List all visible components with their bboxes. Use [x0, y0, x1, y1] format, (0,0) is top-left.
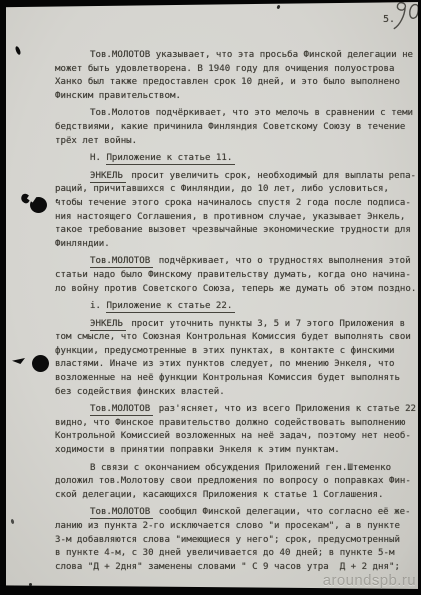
ink-blot	[32, 355, 49, 372]
text-line: ЭНКЕЛЬ просит уточнить пункты 3, 5 и 7 э…	[55, 318, 413, 332]
text-line: Финским правительством.	[55, 90, 413, 104]
text-line: Ханко был также предоставлен срок 10 дне…	[55, 76, 413, 90]
text-line: ходимости в принятии поправки Энкеля к э…	[55, 444, 413, 458]
ink-speck	[29, 583, 32, 586]
section-heading: і. Приложение к статье 22.	[55, 300, 413, 314]
paragraph: Тов.МОЛОТОВ указывает, что эта просьба Ф…	[55, 49, 413, 103]
speaker-name: ЭНКЕЛЬ	[90, 319, 126, 331]
speaker-name: Тов.МОЛОТОВ	[90, 507, 153, 519]
document-body: Тов.МОЛОТОВ указывает, что эта просьба Ф…	[55, 49, 413, 574]
paragraph: В связи с окончанием обсуждения Приложен…	[55, 462, 413, 503]
text-line: ния настоящего Соглашения, в противном с…	[55, 211, 413, 225]
ink-speck	[56, 199, 58, 201]
text-line: трёх лет войны.	[55, 135, 413, 149]
text-line: бедствиями, какие причинила Финляндия Со…	[55, 121, 413, 135]
text-line: видно, что Финское правительство должно …	[55, 417, 413, 431]
ink-blot	[12, 358, 25, 364]
text-line: Тов.МОЛОТОВ подчёркивает, что о трудност…	[55, 255, 413, 269]
text-line: В связи с окончанием обсуждения Приложен…	[55, 462, 413, 476]
text-line: ской делегации, касающихся Приложения к …	[55, 489, 413, 503]
handwritten-digits-icon	[391, 0, 421, 34]
text-line: может быть удовлетворена. В 1940 году дл…	[55, 63, 413, 77]
scan-edge-left	[0, 0, 6, 595]
text-line: статьи надо было Финскому правительству …	[55, 269, 413, 283]
text-line: доложил тов.Молотову свои предложения по…	[55, 475, 413, 489]
paragraph: ЭНКЕЛЬ просит увеличить срок, необходимы…	[55, 170, 413, 252]
speaker-name: Тов.МОЛОТОВ	[90, 404, 153, 416]
speaker-name: Тов.Молотов	[90, 108, 150, 118]
text-line: чтобы течение этого срока начиналось спу…	[55, 197, 413, 211]
text-line: Тов.МОЛОТОВ сообщил Финской делегации, ч…	[55, 506, 413, 520]
scan-edge-top	[0, 0, 421, 9]
text-line: функции, предусмотренные в этих пунктах,…	[55, 345, 413, 359]
text-line: в пункте 4-м, с 30 дней увеличивается до…	[55, 547, 413, 561]
section-heading: Н. Приложение к статье 11.	[55, 152, 413, 166]
text-line: такое требование вызовет чрезвычайные эк…	[55, 224, 413, 238]
text-line: ЭНКЕЛЬ просит увеличить срок, необходимы…	[55, 170, 413, 184]
text-line: Н. Приложение к статье 11.	[55, 152, 413, 166]
paragraph: Тов.МОЛОТОВ подчёркивает, что о трудност…	[55, 255, 413, 296]
paragraph: Тов.МОЛОТОВ сообщил Финской делегации, ч…	[55, 506, 413, 574]
text-line: раций, причитавшихся с Финляндии, до 10 …	[55, 183, 413, 197]
text-line: Тов.МОЛОТОВ раз'ясняет, что из всего При…	[55, 403, 413, 417]
text-line: том смысле, что Союзная Контрольная Коми…	[55, 331, 413, 345]
speaker-name: ЭНКЕЛЬ	[90, 171, 126, 183]
handwritten-page-number	[391, 0, 421, 38]
text-line: Тов.МОЛОТОВ указывает, что эта просьба Ф…	[55, 49, 413, 63]
text-line: без содействия финских властей.	[55, 386, 413, 400]
text-line: Контрольной Комиссией возложенных на неё…	[55, 430, 413, 444]
scanned-page: 5. Тов.МОЛОТОВ указывает, что эта просьб…	[0, 0, 421, 595]
watermark: aroundspb.ru	[323, 572, 416, 589]
ink-speck	[10, 519, 14, 525]
paragraph: Тов.МОЛОТОВ раз'ясняет, что из всего При…	[55, 403, 413, 457]
ink-blot	[14, 46, 21, 56]
text-line: і. Приложение к статье 22.	[55, 300, 413, 314]
text-line: властями. Иначе из этих пунктов следует,…	[55, 358, 413, 372]
text-line: возложенные на неё функции Контрольная К…	[55, 372, 413, 386]
paragraph: Тов.Молотов подчёркивает, что это мелочь…	[55, 107, 413, 148]
paragraph: ЭНКЕЛЬ просит уточнить пункты 3, 5 и 7 э…	[55, 318, 413, 400]
text-line: ланию из пункта 2-го исключается слово "…	[55, 520, 413, 534]
text-line: 3-м добавляются слова "имеющиеся у него"…	[55, 534, 413, 548]
text-line: Тов.Молотов подчёркивает, что это мелочь…	[55, 107, 413, 121]
text-line: ло войну против Советского Союза, теперь…	[55, 283, 413, 297]
text-line: Финляндии.	[55, 238, 413, 252]
speaker-name: Тов.МОЛОТОВ	[90, 50, 150, 60]
speaker-name: Тов.МОЛОТОВ	[90, 256, 153, 268]
ink-speck	[276, 5, 280, 10]
